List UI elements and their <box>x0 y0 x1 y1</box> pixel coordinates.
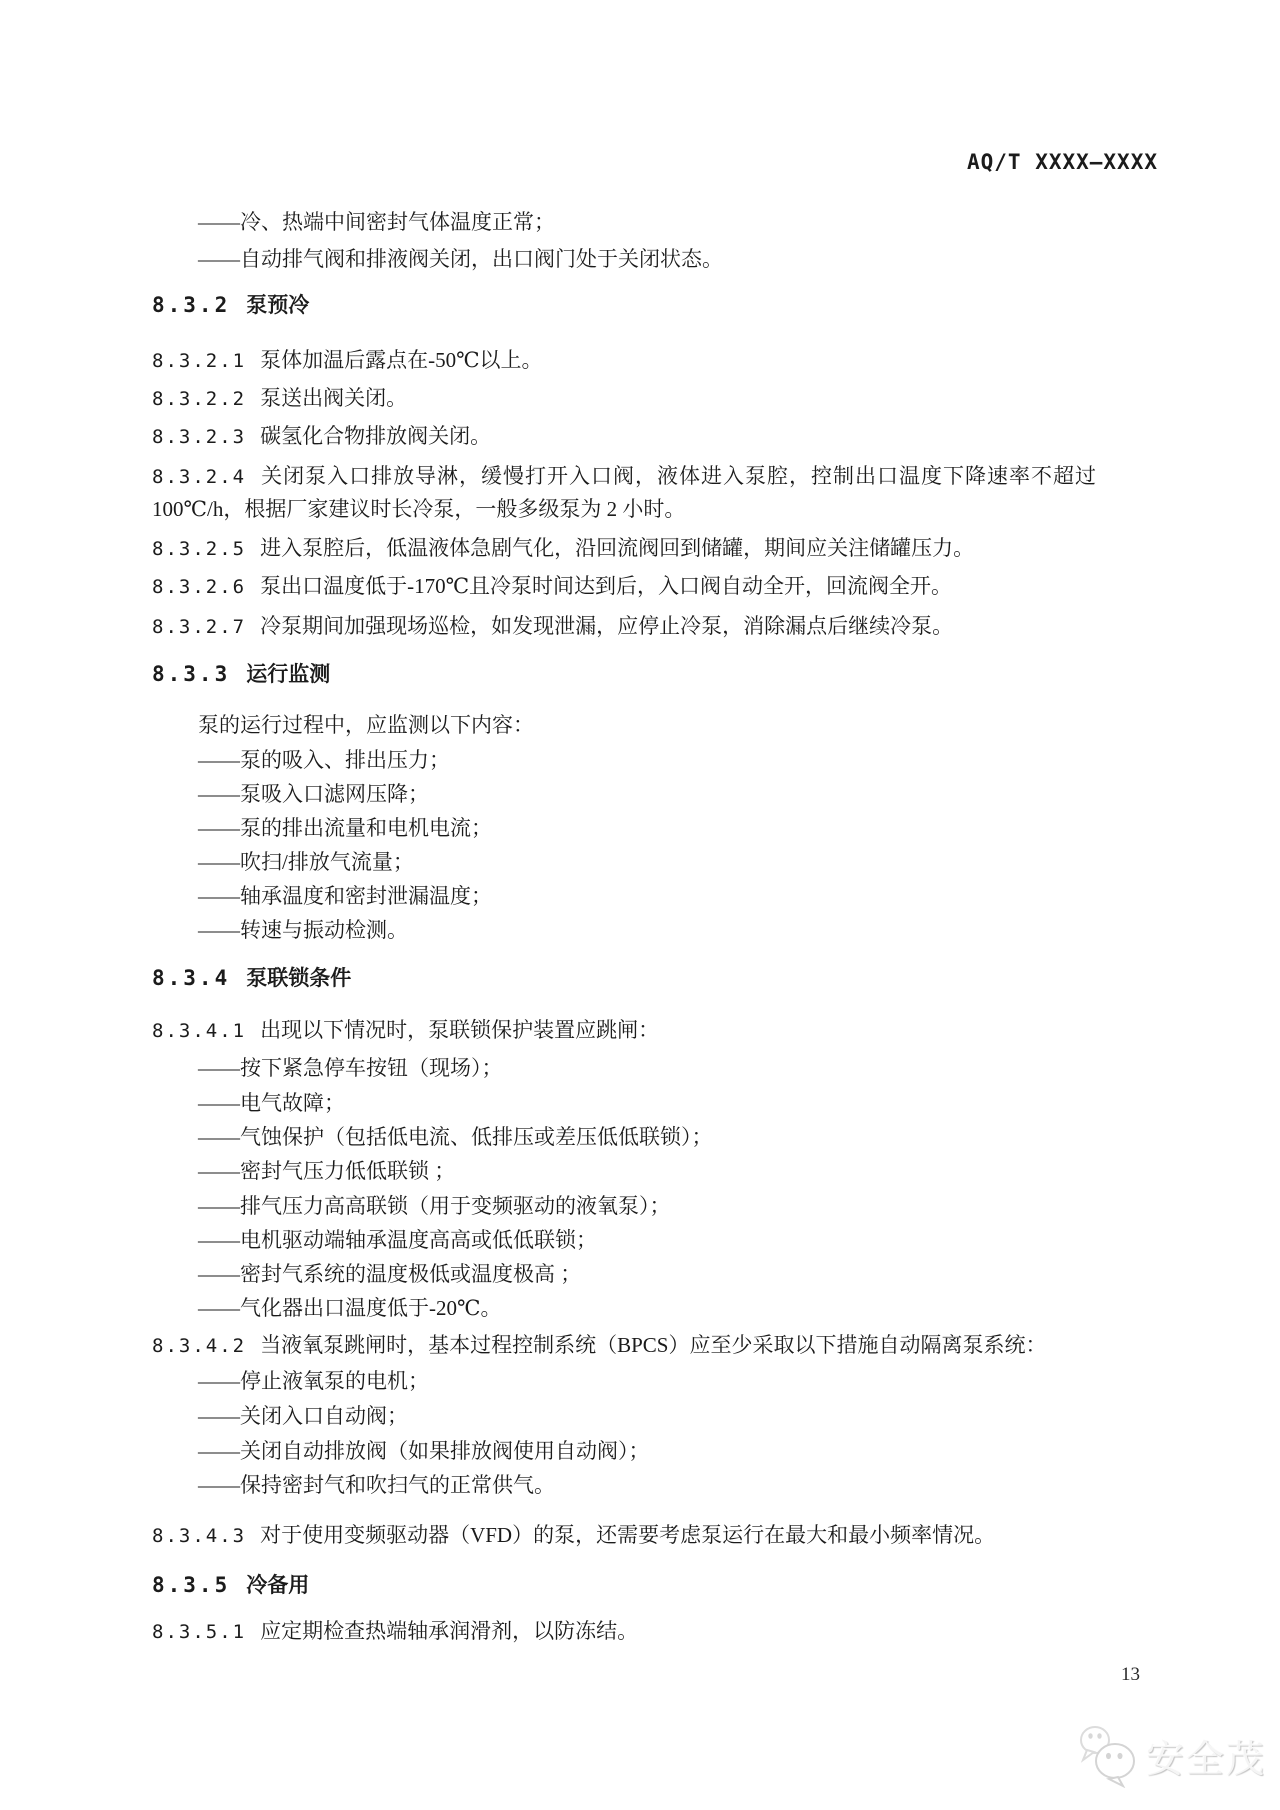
clause-text: 泵送出阀关闭。 <box>260 386 407 410</box>
clause-number: 8.3.5.1 <box>152 1621 246 1643</box>
list-item: ——冷、热端中间密封气体温度正常； <box>198 210 555 234</box>
list-item: ——密封气压力低低联锁 ； <box>198 1159 455 1183</box>
list-item: ——电气故障； <box>198 1091 345 1115</box>
list-item: ——转速与振动检测。 <box>198 918 408 942</box>
clause-number: 8.3.2.7 <box>152 616 246 638</box>
list-item: ——保持密封气和吹扫气的正常供气。 <box>198 1473 555 1497</box>
clause-text: 泵体加温后露点在-50℃以上。 <box>260 348 542 372</box>
clause-text: 碳氢化合物排放阀关闭。 <box>260 424 491 448</box>
list-item: ——吹扫/排放气流量； <box>198 850 414 874</box>
document-code: AQ/T XXXX—XXXX <box>0 150 1158 174</box>
clause-number: 8.3.4.2 <box>152 1335 246 1357</box>
section-heading: 8.3.5冷备用 <box>152 1573 309 1598</box>
clause-text: 关闭泵入口排放导淋，缓慢打开入口阀，液体进入泵腔，控制出口温度下降速率不超过 1… <box>152 464 1096 521</box>
list-item: ——泵吸入口滤网压降； <box>198 782 429 806</box>
clause-number: 8.3.4.1 <box>152 1020 246 1042</box>
section-number: 8.3.3 <box>152 662 230 686</box>
list-item: ——关闭入口自动阀； <box>198 1404 408 1428</box>
section-number: 8.3.2 <box>152 293 230 317</box>
list-item: ——关闭自动排放阀（如果排放阀使用自动阀）； <box>198 1439 650 1463</box>
clause-text: 泵出口温度低于-170℃且冷泵时间达到后，入口阀自动全开，回流阀全开。 <box>260 574 952 598</box>
clause-number: 8.3.2.6 <box>152 576 246 598</box>
clause: 8.3.2.6泵出口温度低于-170℃且冷泵时间达到后，入口阀自动全开，回流阀全… <box>152 574 952 599</box>
list-item: ——轴承温度和密封泄漏温度； <box>198 884 492 908</box>
paragraph: 泵的运行过程中，应监测以下内容： <box>198 713 534 737</box>
section-number: 8.3.4 <box>152 966 230 990</box>
clause: 8.3.2.1泵体加温后露点在-50℃以上。 <box>152 348 543 373</box>
clause: 8.3.2.5进入泵腔后，低温液体急剧气化，沿回流阀回到储罐，期间应关注储罐压力… <box>152 536 974 561</box>
clause-text: 出现以下情况时，泵联锁保护装置应跳闸： <box>260 1018 659 1042</box>
clause-number: 8.3.2.4 <box>152 466 246 488</box>
bubble-eye <box>1088 1733 1092 1739</box>
bubble-eye <box>1118 1753 1123 1759</box>
clause-text: 应定期检查热端轴承润滑剂，以防冻结。 <box>260 1619 638 1643</box>
watermark-brand: 安全茂 <box>1146 1728 1266 1783</box>
list-item: ——停止液氧泵的电机； <box>198 1369 429 1393</box>
list-item: ——自动排气阀和排液阀关闭，出口阀门处于关闭状态。 <box>198 247 723 271</box>
clause: 8.3.5.1应定期检查热端轴承润滑剂，以防冻结。 <box>152 1619 638 1644</box>
list-item: ——电机驱动端轴承温度高高或低低联锁； <box>198 1228 597 1252</box>
bubble-eye <box>1097 1733 1101 1739</box>
section-heading: 8.3.3运行监测 <box>152 662 330 687</box>
list-item: ——气化器出口温度低于-20℃。 <box>198 1296 501 1320</box>
watermark: 安全茂 <box>1078 1722 1266 1788</box>
clause-number: 8.3.4.3 <box>152 1525 246 1547</box>
section-number: 8.3.5 <box>152 1573 230 1597</box>
chat-bubbles-icon <box>1078 1722 1140 1788</box>
clause-number: 8.3.2.3 <box>152 426 246 448</box>
section-heading: 8.3.2泵预冷 <box>152 293 309 318</box>
clause-text: 冷泵期间加强现场巡检，如发现泄漏，应停止冷泵，消除漏点后继续冷泵。 <box>260 614 953 638</box>
clause-number: 8.3.2.1 <box>152 350 246 372</box>
clause-number: 8.3.2.5 <box>152 538 246 560</box>
list-item: ——泵的排出流量和电机电流； <box>198 816 492 840</box>
clause: 8.3.4.3对于使用变频驱动器（VFD）的泵，还需要考虑泵运行在最大和最小频率… <box>152 1523 995 1548</box>
clause: 8.3.4.2当液氧泵跳闸时，基本过程控制系统（BPCS）应至少采取以下措施自动… <box>152 1333 1046 1358</box>
list-item: ——气蚀保护（包括低电流、低排压或差压低低联锁）； <box>198 1125 713 1149</box>
clause: 8.3.2.4关闭泵入口排放导淋，缓慢打开入口阀，液体进入泵腔，控制出口温度下降… <box>152 460 1096 525</box>
section-title: 泵预冷 <box>246 294 309 317</box>
bubble-eye <box>1106 1753 1111 1759</box>
document-page: AQ/T XXXX—XXXX ——冷、热端中间密封气体温度正常； ——自动排气阀… <box>0 0 1280 1810</box>
list-item: ——泵的吸入、排出压力； <box>198 748 450 772</box>
list-item: ——按下紧急停车按钮（现场）； <box>198 1056 503 1080</box>
page-number: 13 <box>0 1664 1140 1686</box>
clause: 8.3.4.1出现以下情况时，泵联锁保护装置应跳闸： <box>152 1018 659 1043</box>
section-heading: 8.3.4泵联锁条件 <box>152 966 351 991</box>
clause: 8.3.2.2泵送出阀关闭。 <box>152 386 407 411</box>
section-title: 冷备用 <box>246 1574 309 1597</box>
clause-text: 进入泵腔后，低温液体急剧气化，沿回流阀回到储罐，期间应关注储罐压力。 <box>260 536 974 560</box>
clause: 8.3.2.7冷泵期间加强现场巡检，如发现泄漏，应停止冷泵，消除漏点后继续冷泵。 <box>152 614 953 639</box>
list-item: ——密封气系统的温度极低或温度极高 ； <box>198 1262 581 1286</box>
section-title: 运行监测 <box>246 663 330 686</box>
list-item: ——排气压力高高联锁（用于变频驱动的液氧泵）； <box>198 1194 671 1218</box>
clause-text: 当液氧泵跳闸时，基本过程控制系统（BPCS）应至少采取以下措施自动隔离泵系统： <box>260 1333 1046 1357</box>
clause: 8.3.2.3碳氢化合物排放阀关闭。 <box>152 424 491 449</box>
section-title: 泵联锁条件 <box>246 967 351 990</box>
clause-number: 8.3.2.2 <box>152 388 246 410</box>
clause-text: 对于使用变频驱动器（VFD）的泵，还需要考虑泵运行在最大和最小频率情况。 <box>260 1523 995 1547</box>
